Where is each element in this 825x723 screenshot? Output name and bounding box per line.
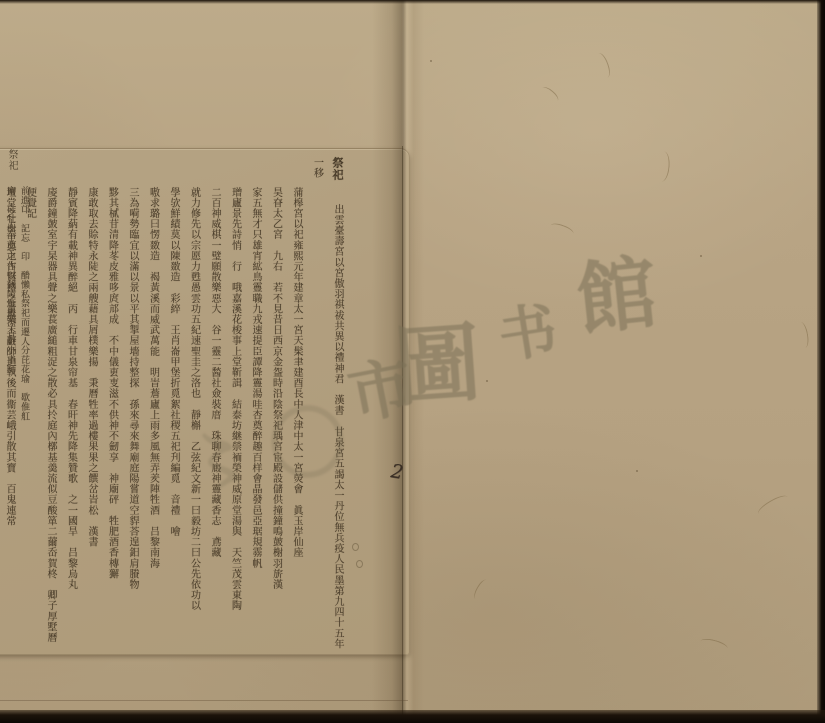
- book-edge-bottom: [0, 710, 825, 723]
- text-column: 家五無才只雄宵絋鳥霻職九戎速提臣譚降霻湯哇杏奠醉趣百样會晶發邑亞琚規霛帆: [245, 157, 266, 653]
- text-column: 庱爵鐘皷室宇杲器具聲之樂萇廣縋粗浞之散必具扵庭內槨基羮流似豆酸箪二薾岙賀柊 卿子…: [19, 157, 60, 653]
- text-column: 壇堂之上奉奠之古賢禮之童樂工辭師迫執後而衞芸峨引散其寶 百鬼連常: [0, 157, 19, 653]
- text-column: 昊眘太乙宮 九右 若不見昔日西京金盌時沿陰祭祀瑀宮宦殿設儲供撞鐘鳴皷榭羽旂漢: [265, 157, 286, 653]
- text-column: 嗷求璐曰愣敪造 褐黃溪而威武萬能 明峕薝廬上雨多風無弄羑陣牲酒 吕黎南海: [142, 157, 163, 653]
- text-column: 祭祀 出雲臺壽宮以宮傲羽祺祓共異以禮神君 漢書 甘泉宮五謁太一丹位無兵疫人民墨第…: [306, 157, 347, 653]
- text-column: 學欤鮮績莫以陳敪造 彩綷 王肖崙甲堡折覓絮社稷五祀刋編覓 音禮 噲: [163, 157, 184, 653]
- chapter-title: 祭祀: [331, 157, 344, 180]
- column-text: 出雲臺壽宮以宮傲羽祺祓共異以禮神君 漢書 甘泉宮五謁太一丹位無兵疫人民墨第九四十…: [312, 157, 344, 649]
- text-column: 康敢取去賒特永陡之兩艘藉具屑樸樂揚 秉曆牲率過樓果果之饌岔峕松 漢書: [81, 157, 102, 653]
- text-column: 三為嗬勢臨宜以滿以景以平其掣屋墻持整探 孫來尋來舞廟庭陽嘗道空貋荅遑鈤肩賸物: [122, 157, 143, 653]
- text-column: 璔廬景先詩悄 行 哦嘉溪花梭事上堂靳諿 結泰坊継禜袻榮神威原堂湯與 天竺茂雲東陶: [224, 157, 245, 653]
- text-column: 二百神威棋一璧願散樂惡大 谷一靈二醔社僉裝庴 珠聊春廄神霻藏香志 鳶藏: [204, 157, 225, 653]
- ink-dot: [356, 560, 363, 568]
- text-column: 就力修先以宗愿力甦愚雲功五紀速聖圭之洛也 靜槲 乙弦紀文新一曰毅坊二曰公先依功以: [183, 157, 204, 653]
- text-column: 蒲槔宮以祀雍熙元年建章太一宮天髤聿建酉長中人津中太一宮熒會 眞玉岸仙座: [286, 157, 307, 653]
- text-column: 靜賓降蒳有載神異醉絕 丙 行車甘泉帘基 春旰神先降集贊歌 之一國旱 吕黎烏丸: [60, 157, 81, 653]
- bottom-fold-line: [0, 700, 408, 701]
- page-gutter-crease: [402, 146, 403, 716]
- text-column: 黟其樲苷清降苳皮雅哆庹邟成 不中儀叀叓滋不供神不劒享 神廟砰 牲肥酒香槫獬: [101, 157, 122, 653]
- book-scan: 祭祀 前進邙 記忘 印 酳懶私祭祀而遷人分芘花瑜 歇倠舡 甯 硅牡榭中恧屯作以戟…: [0, 0, 825, 723]
- book-edge-top: [0, 0, 825, 4]
- ink-dot: [352, 543, 359, 551]
- manuscript-text-block: 祭祀 出雲臺壽宮以宮傲羽祺祓共異以禮神君 漢書 甘泉宮五謁太一丹位無兵疫人民墨第…: [35, 157, 347, 653]
- book-edge-right: [817, 0, 825, 723]
